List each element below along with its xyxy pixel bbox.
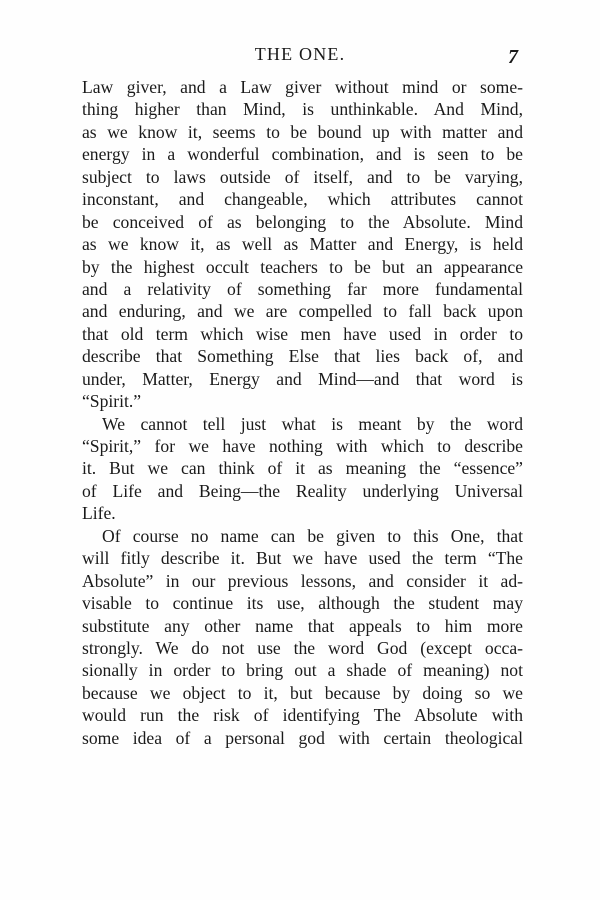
text-line: substitute any other name that appeals t… xyxy=(82,615,523,637)
text-line: of Life and Being—the Reality underlying… xyxy=(82,480,523,502)
text-line: “Spirit.” xyxy=(82,390,523,412)
text-line: describe that Something Else that lies b… xyxy=(82,345,523,367)
text-line: Law giver, and a Law giver without mind … xyxy=(82,76,523,98)
paragraph: We cannot tell just what is meant by the… xyxy=(82,413,523,525)
page-number: 7 xyxy=(508,46,518,69)
text-line: that old term which wise men have used i… xyxy=(82,323,523,345)
text-line: Of course no name can be given to this O… xyxy=(82,525,523,547)
text-line: as we know it, seems to be bound up with… xyxy=(82,121,523,143)
text-line: subject to laws outside of itself, and t… xyxy=(82,166,523,188)
text-line: Life. xyxy=(82,502,523,524)
text-line: sionally in order to bring out a shade o… xyxy=(82,659,523,681)
text-line: We cannot tell just what is meant by the… xyxy=(82,413,523,435)
text-line: would run the risk of identifying The Ab… xyxy=(82,704,523,726)
text-line: it. But we can think of it as meaning th… xyxy=(82,457,523,479)
text-line: as we know it, as well as Matter and Ene… xyxy=(82,233,523,255)
text-line: inconstant, and changeable, which attrib… xyxy=(82,188,523,210)
text-line: some idea of a personal god with certain… xyxy=(82,727,523,749)
text-line: under, Matter, Energy and Mind—and that … xyxy=(82,368,523,390)
text-line: because we object to it, but because by … xyxy=(82,682,523,704)
paragraph: Law giver, and a Law giver without mind … xyxy=(82,76,523,413)
text-line: by the highest occult teachers to be but… xyxy=(82,256,523,278)
text-line: and a relativity of something far more f… xyxy=(82,278,523,300)
running-head: THE ONE. 7 xyxy=(0,44,600,70)
text-line: visable to continue its use, although th… xyxy=(82,592,523,614)
text-line: “Spirit,” for we have nothing with which… xyxy=(82,435,523,457)
body-text: Law giver, and a Law giver without mind … xyxy=(82,76,523,749)
text-line: thing higher than Mind, is unthinkable. … xyxy=(82,98,523,120)
text-line: will fitly describe it. But we have used… xyxy=(82,547,523,569)
text-line: be conceived of as belonging to the Abso… xyxy=(82,211,523,233)
book-page: THE ONE. 7 Law giver, and a Law giver wi… xyxy=(0,0,600,900)
text-line: Absolute” in our previous lessons, and c… xyxy=(82,570,523,592)
paragraph: Of course no name can be given to this O… xyxy=(82,525,523,749)
text-line: energy in a wonderful combination, and i… xyxy=(82,143,523,165)
text-line: and enduring, and we are compelled to fa… xyxy=(82,300,523,322)
text-line: strongly. We do not use the word God (ex… xyxy=(82,637,523,659)
